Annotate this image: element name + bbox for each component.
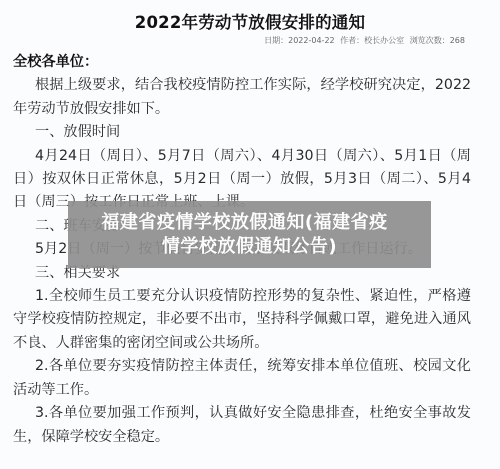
meta-date-label: 日期： — [264, 36, 288, 45]
section-3-item-2: 2.各单位要夯实疫情防控主体责任，统筹安排本单位值班、校园文化活动等工作。 — [13, 355, 471, 402]
section-3-item-1: 1.全校师生员工要充分认识疫情防控形势的复杂性、紧迫性，严格遵守学校疫情防控规定… — [13, 285, 471, 355]
document-title: 2022年劳动节放假安排的通知 — [0, 9, 500, 33]
meta-date-value: 2022-04-22 — [288, 36, 335, 45]
meta-date: 日期：2022-04-22 — [264, 36, 335, 45]
overlay-title-banner: 福建省疫情学校放假通知(福建省疫 情学校放假通知公告) — [68, 201, 431, 268]
meta-author-label: 作者： — [340, 36, 364, 45]
salutation: 全校各单位： — [13, 51, 471, 74]
meta-views-value: 268 — [450, 36, 465, 45]
meta-author: 作者：校长办公室 — [340, 36, 404, 45]
document-meta: 日期：2022-04-22 作者：校长办公室 浏览次数：268 — [264, 35, 468, 46]
banner-line-1: 福建省疫情学校放假通知(福建省疫 — [101, 211, 387, 235]
section-3-item-3: 3.各单位要加强工作预判，认真做好安全隐患排查，杜绝安全事故发生，保障学校安全稳… — [13, 402, 471, 449]
meta-author-value: 校长办公室 — [364, 36, 404, 45]
document-page: 2022年劳动节放假安排的通知 日期：2022-04-22 作者：校长办公室 浏… — [0, 0, 500, 469]
meta-views-label: 浏览次数： — [410, 36, 450, 45]
section-heading-1: 一、放假时间 — [13, 121, 471, 144]
banner-line-2: 情学校放假通知公告) — [162, 235, 337, 259]
meta-views: 浏览次数：268 — [410, 36, 465, 45]
intro-paragraph: 根据上级要求，结合我校疫情防控工作实际，经学校研究决定，2022年劳动节放假安排… — [13, 74, 471, 121]
